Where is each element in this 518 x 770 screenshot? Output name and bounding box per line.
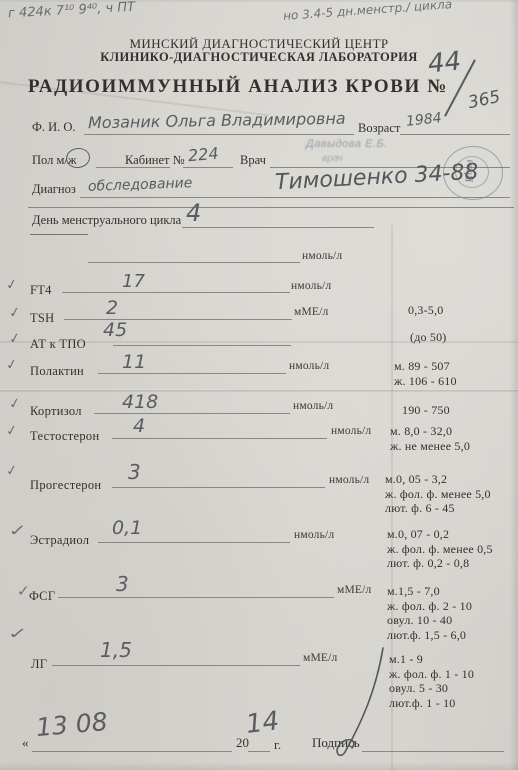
reference-line: м.1,5 - 7,0 <box>387 584 472 599</box>
doctor-label: Врач <box>240 153 266 168</box>
result-underline <box>52 665 300 666</box>
open-quote: « <box>22 735 29 751</box>
result-handwritten-value: 2 <box>106 297 118 319</box>
signature-underline <box>362 751 504 752</box>
reference-line: м. 8,0 - 32,0 <box>390 424 470 439</box>
form-title: РАДИОИММУННЫЙ АНАЛИЗ КРОВИ № <box>28 76 448 98</box>
result-unit: мМЕ/л <box>303 652 337 664</box>
result-label: Прогестерон <box>30 478 101 493</box>
result-unit: мМЕ/л <box>294 306 328 318</box>
scanned-lab-form: г 424к 7¹⁰ 9⁴⁰, ч ПТ но 3.4-5 дн.менстр.… <box>0 0 518 770</box>
age-handwritten-value: 1984 <box>405 110 442 130</box>
checkmark-icon: ✓ <box>5 462 19 480</box>
result-underline <box>58 597 334 598</box>
result-underline <box>94 413 290 414</box>
diagnosis-label: Диагноз <box>32 182 76 197</box>
cycle-day-label: День менструального цикла <box>32 213 181 228</box>
reference-range: м. 8,0 - 32,0 ж. не менее 5,0 <box>390 424 470 453</box>
paper-fold <box>0 389 518 392</box>
result-underline <box>64 319 292 320</box>
cycle-day-handwritten-value: 4 <box>186 199 201 227</box>
fio-label: Ф. И. О. <box>32 120 76 135</box>
result-label: ЛГ <box>31 657 47 672</box>
result-underline <box>62 292 290 293</box>
reference-line: м.0, 07 - 0,2 <box>387 527 493 542</box>
checkmark-icon: ✓ <box>5 422 19 440</box>
signature-label: Подпись <box>312 735 360 751</box>
doctor-role-stamp: врач <box>322 153 343 164</box>
reference-line: овул. 5 - 30 <box>389 681 474 696</box>
result-label: ФСГ <box>29 589 55 604</box>
reference-line: ж. фол. ф. менее 5,0 <box>385 487 491 502</box>
reference-line: 190 - 750 <box>402 403 450 418</box>
cycle-day-underline <box>182 227 374 228</box>
paper-edge-shadow <box>510 0 518 770</box>
cabinet-handwritten-value: 224 <box>187 144 219 166</box>
handwritten-note-top-right: но 3.4-5 дн.менстр./ цикла <box>283 0 453 23</box>
result-underline <box>112 438 327 439</box>
handwritten-note-top-left: г 424к 7¹⁰ 9⁴⁰, ч ПТ <box>8 0 136 21</box>
result-underline <box>98 373 286 374</box>
result-underline <box>98 542 290 543</box>
result-handwritten-value: 3 <box>128 460 141 484</box>
reference-line: ж. фол. ф. 2 - 10 <box>387 599 472 614</box>
result-label: FT4 <box>30 283 52 298</box>
result-label: Эстрадиол <box>30 533 89 548</box>
date-underline <box>32 751 232 752</box>
checkmark-icon: ✓ <box>8 304 22 322</box>
handwritten-name-phone: Тимошенко 34-88 <box>274 160 479 196</box>
reference-range: м.0, 05 - 3,2 ж. фол. ф. менее 5,0 лют. … <box>385 472 491 516</box>
result-handwritten-value: 0,1 <box>112 517 142 539</box>
handwritten-form-number: 44 <box>427 46 463 79</box>
result-label: Кортизол <box>30 404 82 419</box>
result-handwritten-value: 418 <box>122 391 158 413</box>
result-handwritten-value: 1,5 <box>100 638 132 662</box>
paper-edge-shadow <box>0 762 518 770</box>
checkmark-icon: ✓ <box>5 276 19 294</box>
result-handwritten-value: 4 <box>133 415 145 437</box>
reference-line: 0,3-5,0 <box>408 303 443 318</box>
fio-handwritten-value: Мозаник Ольга Владимировна <box>88 109 346 132</box>
checkmark-icon: ✓ <box>5 356 19 374</box>
reference-line: ж. фол. ф. 1 - 10 <box>389 667 474 682</box>
reference-line: (до 50) <box>410 330 447 345</box>
result-unit: нмоль/л <box>329 474 369 486</box>
result-label: АТ к ТПО <box>30 337 86 352</box>
reference-range: (до 50) <box>410 330 447 345</box>
year-handwritten-value: 14 <box>244 706 281 740</box>
checkmark-icon: ✓ <box>7 522 29 540</box>
result-unit: мМЕ/л <box>337 584 371 596</box>
reference-line: ж. фол. ф. менее 0,5 <box>387 542 493 557</box>
result-label: TSH <box>30 311 55 326</box>
result-unit: нмоль/л <box>331 425 371 437</box>
result-unit: нмоль/л <box>289 360 329 372</box>
reference-line: овул. 10 - 40 <box>387 613 472 628</box>
checkmark-icon: ✓ <box>8 330 22 348</box>
cabinet-label: Кабинет № <box>125 153 185 168</box>
result-unit: нмоль/л <box>291 280 331 292</box>
result-underline <box>88 262 300 263</box>
result-label: Тестостерон <box>30 429 99 444</box>
fio-underline <box>84 134 354 135</box>
checkmark-icon: ✓ <box>7 625 29 642</box>
result-underline <box>112 487 325 488</box>
result-unit: нмоль/л <box>302 250 342 262</box>
reference-line: ж. не менее 5,0 <box>390 439 470 454</box>
reference-range: 0,3-5,0 <box>408 303 443 318</box>
year-suffix: г. <box>274 737 281 753</box>
reference-range: м.1 - 9 ж. фол. ф. 1 - 10 овул. 5 - 30 л… <box>389 652 474 710</box>
age-label: Возраст <box>358 121 400 136</box>
reference-line: лют. ф. 0,2 - 0,8 <box>387 556 493 571</box>
reference-line: лют.ф. 1,5 - 6,0 <box>387 628 472 643</box>
reference-line: м.0, 05 - 3,2 <box>385 472 491 487</box>
result-handwritten-value: 45 <box>103 319 127 341</box>
result-unit: нмоль/л <box>293 400 333 412</box>
age-underline <box>400 134 510 135</box>
result-unit: нмоль/л <box>294 529 334 541</box>
reference-line: м. 89 - 507 <box>394 359 457 374</box>
result-label: Полактин <box>30 364 84 379</box>
reference-range: м. 89 - 507 ж. 106 - 610 <box>394 359 457 388</box>
separator-line <box>28 207 514 208</box>
pencil-dash <box>30 234 88 235</box>
reference-line: м.1 - 9 <box>389 652 474 667</box>
result-underline <box>113 345 291 346</box>
cabinet-underline <box>183 167 233 168</box>
diagnosis-handwritten-value: обследование <box>88 175 193 195</box>
date-handwritten-value: 13 08 <box>35 707 109 742</box>
checkmark-icon: ✓ <box>8 395 22 413</box>
result-handwritten-value: 11 <box>122 351 146 373</box>
result-handwritten-value: 3 <box>116 572 129 596</box>
doctor-name-stamp: Давыдова Е.Б. <box>306 138 388 150</box>
reference-range: м.1,5 - 7,0 ж. фол. ф. 2 - 10 овул. 10 -… <box>387 584 472 642</box>
diagnosis-underline <box>80 197 510 198</box>
handwritten-form-number-denominator: 365 <box>466 87 502 113</box>
year-underline <box>248 751 270 752</box>
reference-line: лют.ф. 1 - 10 <box>389 696 474 711</box>
result-handwritten-value: 17 <box>122 271 145 292</box>
reference-line: ж. 106 - 610 <box>394 374 457 389</box>
reference-range: м.0, 07 - 0,2 ж. фол. ф. менее 0,5 лют. … <box>387 527 493 571</box>
reference-range: 190 - 750 <box>402 403 450 418</box>
reference-line: лют. ф. 6 - 45 <box>385 501 491 516</box>
checkmark-icon: ✓ <box>17 582 30 600</box>
